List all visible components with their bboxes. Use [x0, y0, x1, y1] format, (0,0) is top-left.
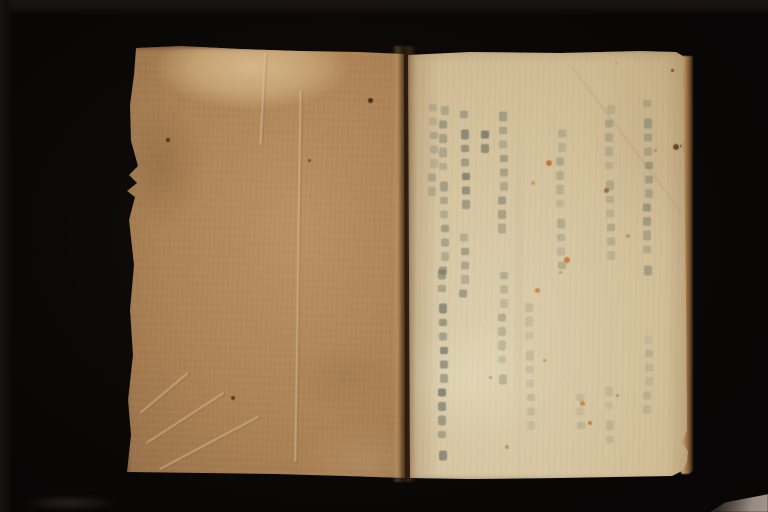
background-object-corner	[710, 491, 768, 512]
corner-crease	[146, 392, 224, 443]
board-top-edge	[0, 0, 768, 15]
left-page-inside-cover	[125, 45, 407, 482]
vertical-crease	[294, 90, 301, 462]
board-left-edge	[0, 0, 13, 512]
gutter-shadow	[392, 46, 416, 482]
stain-crease	[260, 53, 266, 145]
right-page-text-leaf	[405, 50, 689, 481]
board-reflection	[20, 495, 120, 511]
photograph-of-open-booklet: { "scene": { "description": "Photograph …	[0, 0, 768, 512]
corner-crease	[140, 372, 188, 413]
